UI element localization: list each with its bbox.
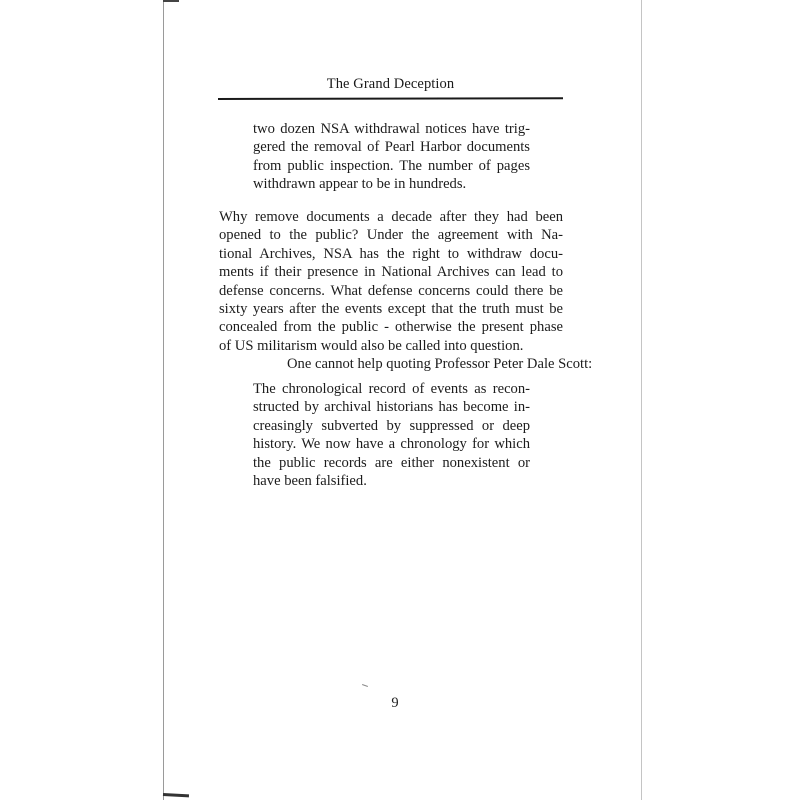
scan-artifact-top <box>163 0 179 2</box>
block-quote-withdrawal: two dozen NSA withdrawal notices have tr… <box>253 120 530 194</box>
body-line: ments if their presence in National Arch… <box>219 263 563 281</box>
body-paragraph: Why remove documents a decade after they… <box>219 208 563 374</box>
running-head-title: The Grand Deception <box>218 76 563 93</box>
quote-lead-in: One cannot help quoting Professor Peter … <box>219 355 563 373</box>
body-line: of US militarism would also be called in… <box>219 337 563 355</box>
quote-line: from public inspection. The number of pa… <box>253 157 530 175</box>
body-line: defense concerns. What defense concerns … <box>219 282 563 300</box>
quote-line: have been falsified. <box>253 472 530 490</box>
scan-artifact-bottom <box>163 793 189 797</box>
quote-line: history. We now have a chronology for wh… <box>253 435 530 453</box>
body-line: sixty years after the events except that… <box>219 300 563 318</box>
quote-line: the public records are either nonexisten… <box>253 454 530 472</box>
body-line: opened to the public? Under the agreemen… <box>219 226 563 244</box>
quote-line: The chronological record of events as re… <box>253 380 530 398</box>
header-rule <box>218 97 563 99</box>
page-edge-left <box>163 0 164 800</box>
quote-line: creasingly subverted by suppressed or de… <box>253 417 530 435</box>
quote-line: structed by archival historians has beco… <box>253 398 530 416</box>
body-line: concealed from the public - otherwise th… <box>219 318 563 336</box>
page-number: 9 <box>385 695 405 712</box>
quote-line: two dozen NSA withdrawal notices have tr… <box>253 120 530 138</box>
page-edge-right <box>641 0 642 800</box>
quote-line: gered the removal of Pearl Harbor docume… <box>253 138 530 156</box>
scan-speck <box>362 684 368 687</box>
block-quote-scott: The chronological record of events as re… <box>253 380 530 490</box>
body-line: tional Archives, NSA has the right to wi… <box>219 245 563 263</box>
body-line: Why remove documents a decade after they… <box>219 208 563 226</box>
quote-line: withdrawn appear to be in hundreds. <box>253 175 530 193</box>
